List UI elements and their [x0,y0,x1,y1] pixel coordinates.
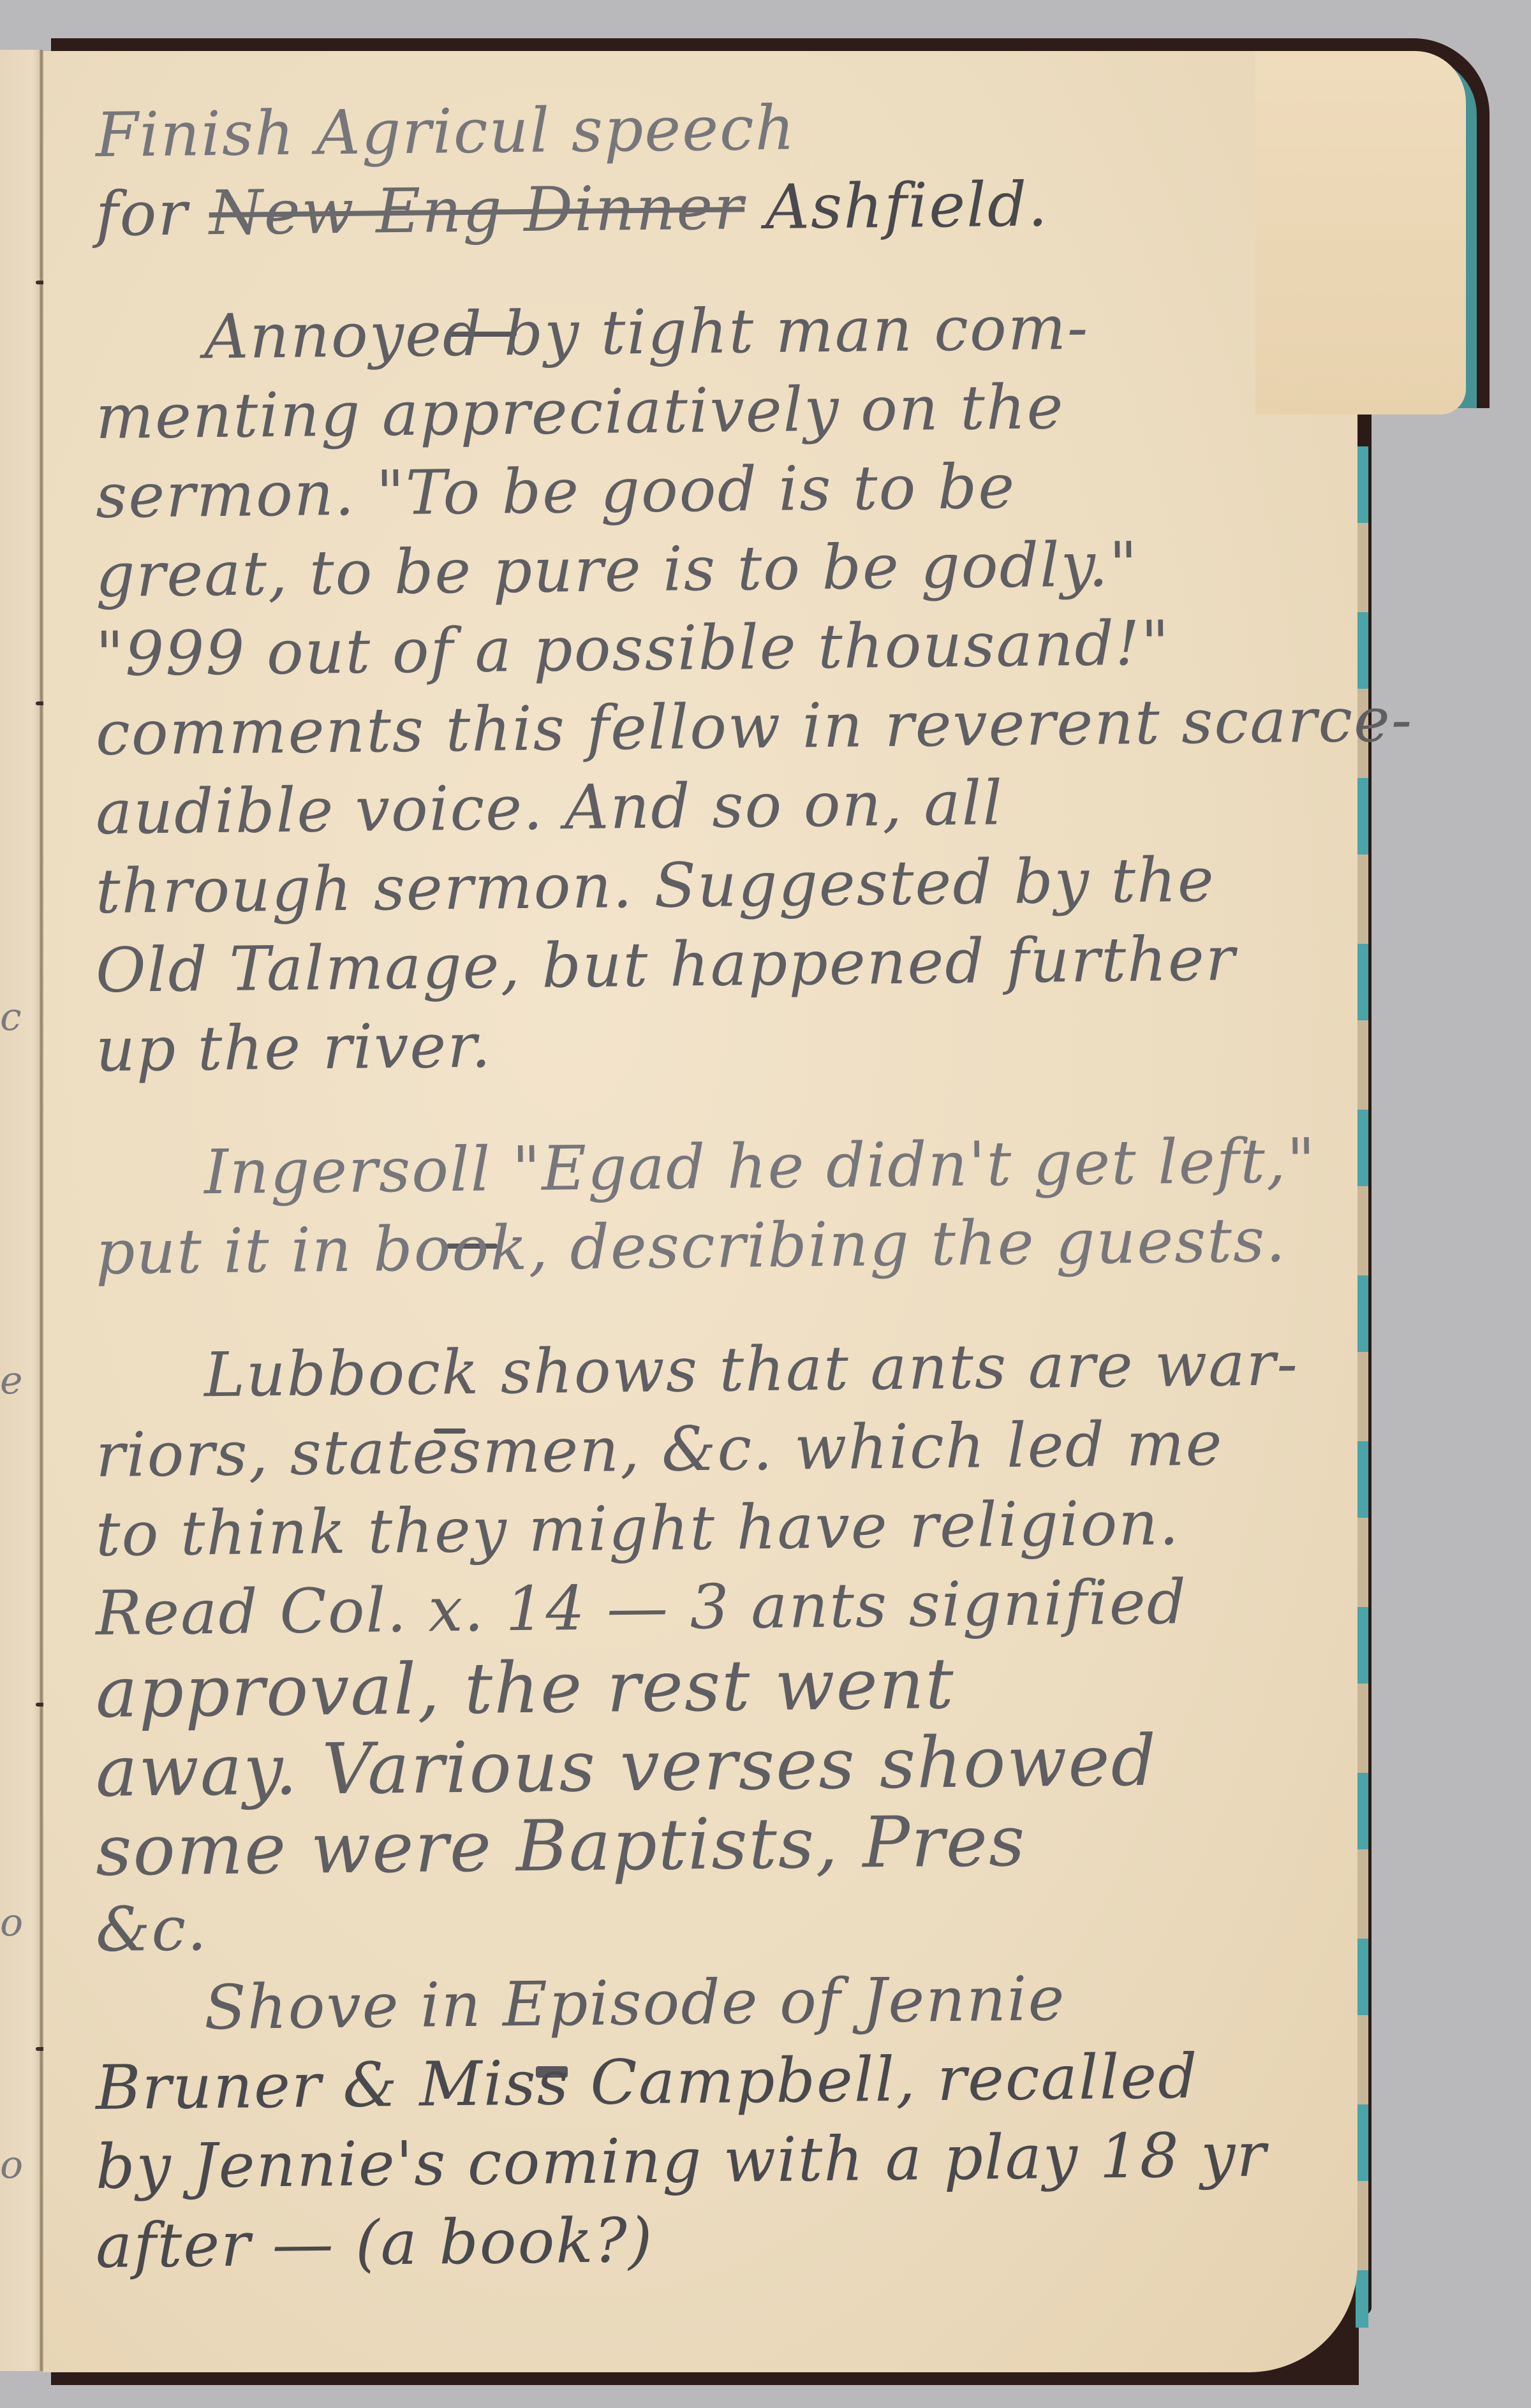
text-line: audible voice. And so on, all [95,760,1340,852]
text-line: away. Various verses showed [95,1719,1340,1811]
text-line: Lubbock shows that ants are war- [95,1324,1340,1416]
left-page-fragment: e [0,1358,23,1403]
left-page-fragment: o [0,2143,23,2187]
text-line: after — (a book?) [95,2194,1340,2286]
text-line: up the river. [95,997,1340,1089]
text-line: through sermon. Suggested by the [95,839,1340,931]
text-line: Read Col. x. 14 — 3 ants signified [95,1561,1340,1653]
text-line: approval, the rest went [95,1640,1340,1732]
text-line: for New Eng Dinner Ashfield. [95,162,1340,254]
text-line: great, to be pure is to be godly." [95,523,1340,615]
text-line: some were Baptists, Pres [95,1798,1340,1890]
text-line: put it in book, describing the guests. [95,1200,1340,1292]
text-line: Old Talmage, but happened further [95,918,1340,1010]
text-line: riors, statesmen, &c. which led me [95,1403,1340,1495]
text-line: menting appreciatively on the [95,365,1340,457]
text-line: "999 out of a possible thousand!" [95,602,1340,694]
text-line: &c. [95,1877,1340,1969]
text-line: Bruner & Miss Campbell, recalled [95,2036,1340,2127]
handwritten-text: Finish Agricul speech for New Eng Dinner… [96,96,1340,2286]
text-line: sermon. "To be good is to be [95,444,1340,536]
text-line: Ingersoll "Egad he didn't get left," [95,1121,1340,1213]
text-line: Finish Agricul speech [95,83,1340,175]
text-line: by Jennie's coming with a play 18 yr [95,2115,1340,2206]
struck-text: New Eng Dinner [209,172,745,249]
text-line: to think they might have religion. [95,1482,1340,1574]
left-page-sliver [0,50,41,2371]
text-fragment: for [95,177,209,250]
text-fragment: Ashfield. [744,168,1049,243]
text-line: comments this fellow in reverent scarce- [95,681,1340,773]
left-page-fragment: o [0,1900,23,1945]
left-page-fragment: c [0,995,22,1039]
text-line: Shove in Episode of Jennie [95,1956,1340,2048]
text-line: Annoyed by tight man com- [95,286,1340,378]
